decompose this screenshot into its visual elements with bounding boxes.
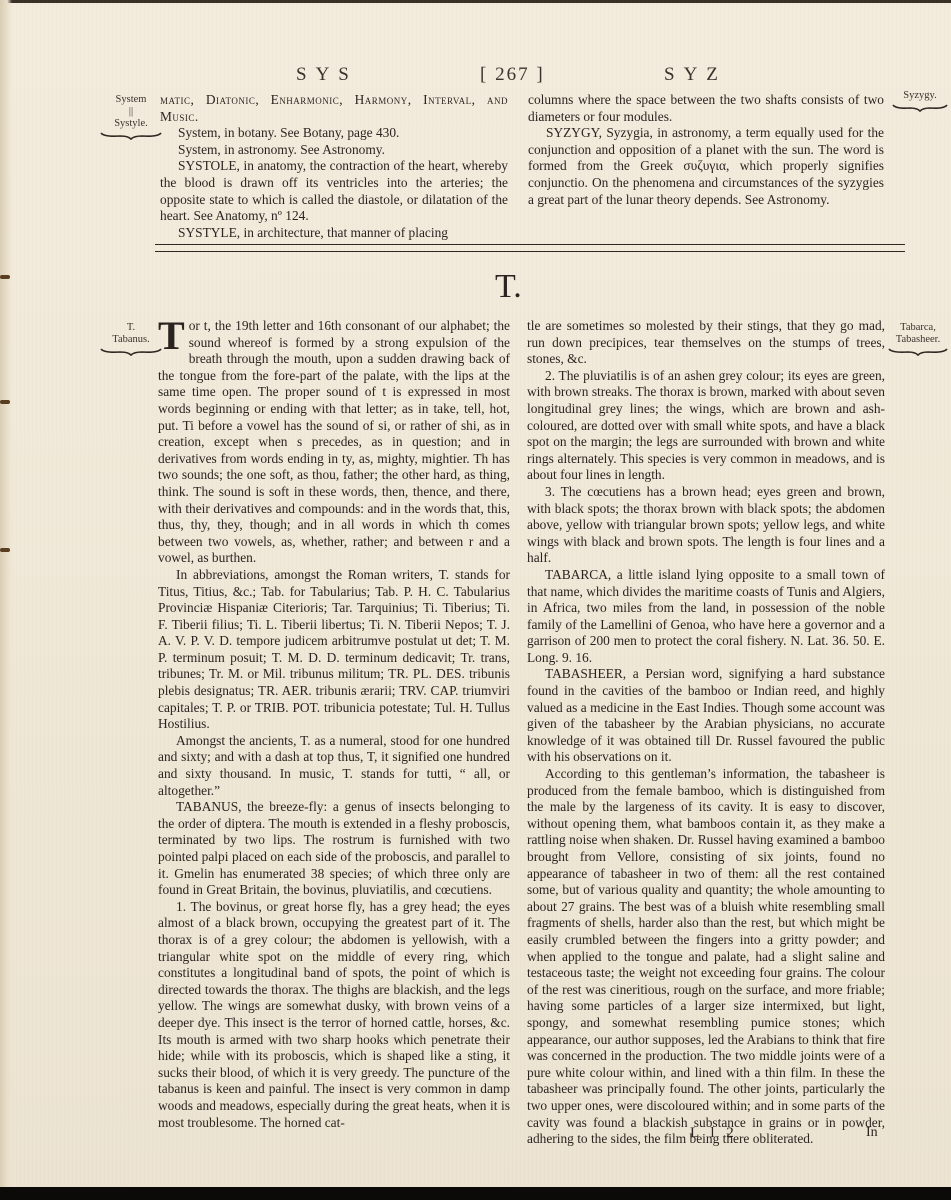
- top-right-column: columns where the space between the two …: [528, 92, 884, 208]
- main-right-column: tle are sometimes so molested by their s…: [527, 318, 885, 1148]
- entry-systyle-continuation: columns where the space between the two …: [528, 92, 884, 125]
- side-note-line: Tabanus.: [100, 334, 162, 346]
- page-binding-edge: [0, 0, 12, 1188]
- page-number: [ 267 ]: [480, 64, 545, 86]
- section-divider-rule: [155, 244, 905, 252]
- binding-thread-mark: [0, 548, 10, 552]
- entry-tabanus-coecutiens: 3. The cœcutiens has a brown head; eyes …: [527, 484, 885, 567]
- entry-tabanus-pluviatilis: 2. The pluviatilis is of an ashen grey c…: [527, 368, 885, 484]
- entry-systole: SYSTOLE, in anatomy, the contraction of …: [160, 158, 508, 224]
- page-top-edge: [0, 0, 951, 3]
- side-note-line: T.: [100, 322, 162, 334]
- entry-numeral: Amongst the ancients, T. as a numeral, s…: [158, 733, 510, 799]
- entry-letter-t: T or t, the 19th letter and 16th consona…: [158, 318, 510, 567]
- side-note-line: Tabarca,: [888, 322, 948, 334]
- running-head-right: SYZ: [664, 64, 727, 86]
- binding-thread-mark: [0, 275, 10, 279]
- curly-brace-icon: [100, 132, 162, 140]
- entry-tabanus: TABANUS, the breeze-fly: a genus of inse…: [158, 799, 510, 899]
- top-left-column: matic, Diatonic, Enharmonic, Harmony, In…: [160, 92, 508, 241]
- main-left-column: T or t, the 19th letter and 16th consona…: [158, 318, 510, 1131]
- drop-cap: T: [158, 319, 185, 353]
- entry-bovinus-continuation: tle are sometimes so molested by their s…: [527, 318, 885, 368]
- side-note-t-tabanus: T. Tabanus.: [100, 322, 162, 356]
- entry-syzygy: SYZYGY, Syzygia, in astronomy, a term eq…: [528, 125, 884, 208]
- entry-system-astronomy: System, in astronomy. See Astronomy.: [160, 142, 508, 159]
- curly-brace-icon: [100, 348, 162, 356]
- entry-letter-t-text: or t, the 19th letter and 16th consonant…: [158, 318, 510, 565]
- page-bottom-edge: [0, 1187, 951, 1200]
- side-note-line: System: [100, 94, 162, 106]
- entry-tabanus-bovinus: 1. The bovinus, or great horse fly, has …: [158, 899, 510, 1131]
- side-note-system-systyle: System || Systyle.: [100, 94, 162, 140]
- entry-tabasheer-russel: According to this gentleman’s informatio…: [527, 766, 885, 1148]
- entry-systyle: SYSTYLE, in architecture, that manner of…: [160, 225, 508, 242]
- curly-brace-icon: [892, 104, 948, 112]
- book-page: SYS [ 267 ] SYZ System || Systyle. Syzyg…: [0, 0, 951, 1200]
- entry-continuation: matic, Diatonic, Enharmonic, Harmony, In…: [160, 92, 508, 125]
- side-note-line: Syzygy.: [892, 90, 948, 102]
- side-note-tabarca-tabasheer: Tabarca, Tabasheer.: [888, 322, 948, 356]
- catchword: In: [866, 1125, 878, 1141]
- entry-abbreviations: In abbreviations, amongst the Roman writ…: [158, 567, 510, 733]
- side-note-syzygy: Syzygy.: [892, 90, 948, 112]
- printer-signature-mark: L l 2: [690, 1125, 738, 1142]
- curly-brace-icon: [888, 348, 948, 356]
- side-note-line: ||: [100, 106, 162, 118]
- entry-system-botany: System, in botany. See Botany, page 430.: [160, 125, 508, 142]
- side-note-line: Tabasheer.: [888, 334, 948, 346]
- running-head: SYS [ 267 ] SYZ: [0, 64, 951, 90]
- side-note-line: Systyle.: [100, 118, 162, 130]
- binding-thread-mark: [0, 400, 10, 404]
- entry-tabarca: TABARCA, a little island lying opposite …: [527, 567, 885, 667]
- running-head-left: SYS: [296, 64, 358, 86]
- entry-tabasheer: TABASHEER, a Persian word, signifying a …: [527, 666, 885, 766]
- section-heading: T.: [495, 268, 522, 306]
